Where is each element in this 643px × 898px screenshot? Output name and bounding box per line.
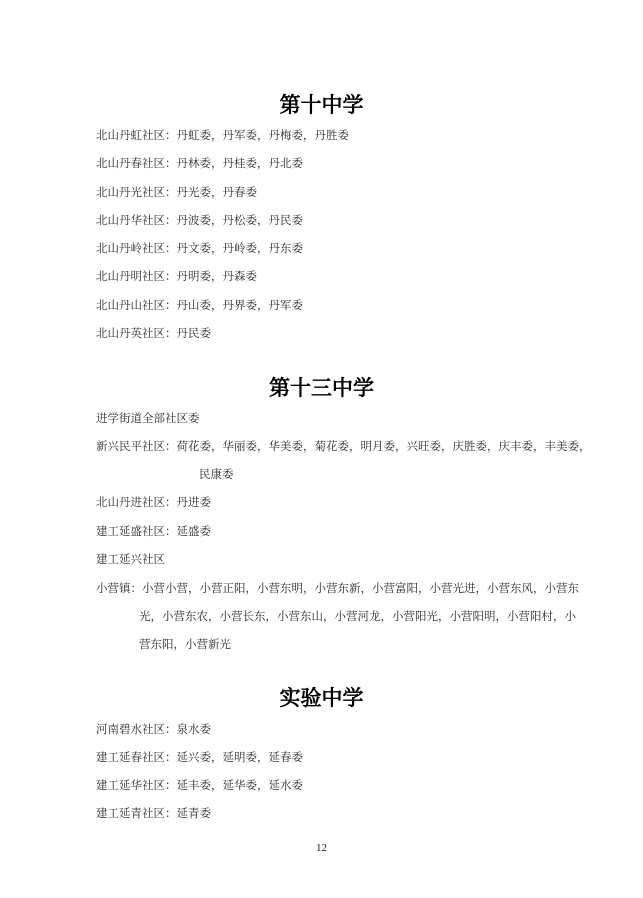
community-line: 小营镇：小营小营，小营正阳，小营东明，小营东新，小营富阳，小营光进，小营东风，小…: [96, 580, 579, 596]
community-line: 北山丹岭社区：丹文委，丹岭委，丹东委: [96, 240, 303, 256]
community-line: 河南碧水社区：泉水委: [96, 721, 211, 737]
section-title-school-10: 第十中学: [0, 93, 643, 117]
community-line-continuation: 民康委: [199, 466, 234, 482]
community-line: 建工延春社区：延兴委，延明委，延春委: [96, 749, 303, 765]
community-line: 北山丹英社区：丹民委: [96, 325, 211, 341]
community-line: 建工延华社区：延丰委，延华委，延水委: [96, 777, 303, 793]
community-line: 北山丹明社区：丹明委，丹森委: [96, 268, 257, 284]
community-line-continuation: 光，小营东农，小营长东，小营东山，小营河龙，小营阳光，小营阳明，小营阳村，小: [139, 608, 576, 624]
page-number: 12: [0, 841, 643, 855]
community-line: 北山丹春社区：丹林委，丹桂委，丹北委: [96, 155, 303, 171]
community-line: 北山丹光社区：丹光委，丹春委: [96, 184, 257, 200]
community-line-continuation: 营东阳，小营新光: [139, 636, 231, 652]
document-page: 第十中学 北山丹虹社区：丹虹委，丹军委，丹梅委，丹胜委 北山丹春社区：丹林委，丹…: [0, 0, 643, 898]
section-title-experimental-school: 实验中学: [0, 686, 643, 710]
community-line: 新兴民平社区：荷花委，华丽委，华美委，菊花委，明月委，兴旺委，庆胜委，庆丰委，丰…: [96, 438, 591, 454]
community-line: 进学街道全部社区委: [96, 410, 200, 426]
community-line: 建工延盛社区：延盛委: [96, 523, 211, 539]
community-line: 建工延青社区：延青委: [96, 805, 211, 821]
community-line: 北山丹山社区：丹山委，丹界委，丹军委: [96, 297, 303, 313]
community-line: 北山丹虹社区：丹虹委，丹军委，丹梅委，丹胜委: [96, 127, 349, 143]
community-line: 北山丹进社区：丹进委: [96, 494, 211, 510]
section-title-school-13: 第十三中学: [0, 376, 643, 400]
community-line: 北山丹华社区：丹波委，丹松委，丹民委: [96, 212, 303, 228]
community-line: 建工延兴社区: [96, 551, 165, 567]
